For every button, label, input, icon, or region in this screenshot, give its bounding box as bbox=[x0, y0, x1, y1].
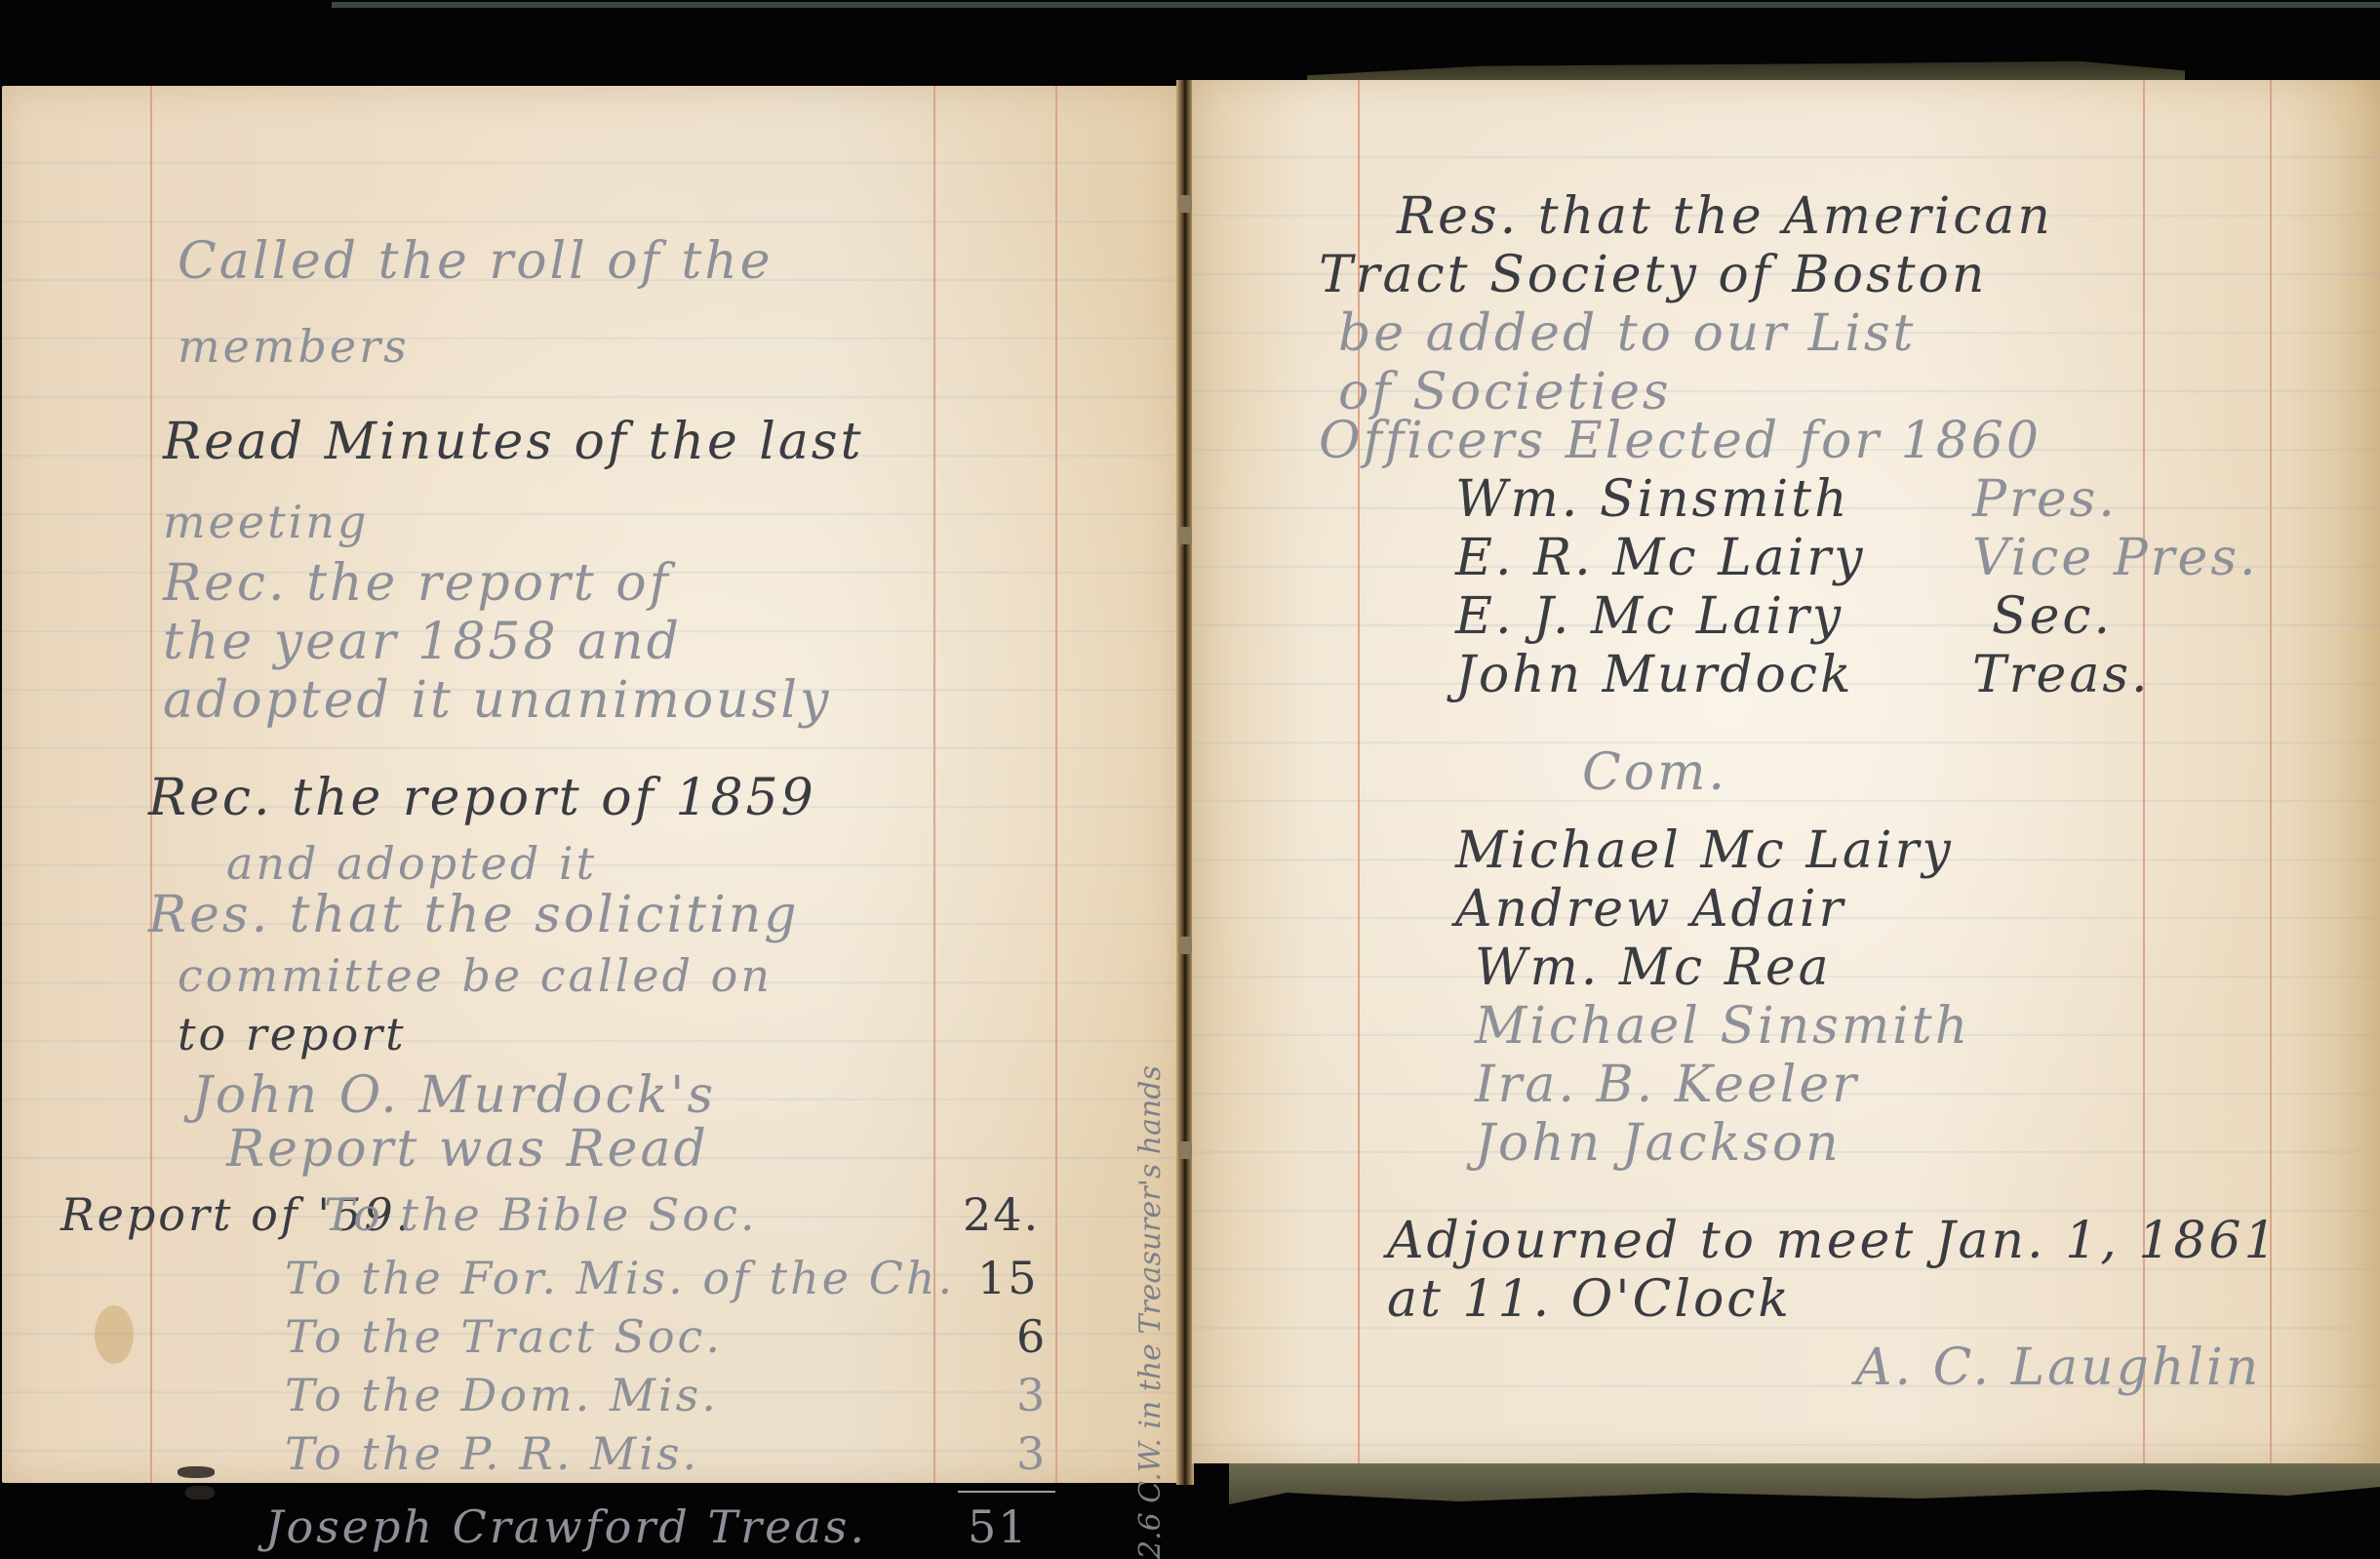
report-entry-text: To the Dom. Mis. bbox=[285, 1369, 719, 1421]
book-cover-top-edge bbox=[1307, 57, 2185, 80]
binding-staple bbox=[1178, 1141, 1192, 1159]
binding-staple bbox=[1178, 937, 1192, 954]
text-line: the year 1858 and bbox=[163, 613, 682, 671]
officer-role: Treas. bbox=[1972, 646, 2151, 704]
binding-staple bbox=[1178, 195, 1192, 213]
text-line: Res. that the American bbox=[1397, 187, 2053, 246]
ink-smudge bbox=[178, 1466, 215, 1478]
officer-name: Wm. Sinsmith bbox=[1455, 470, 1850, 529]
report-entry-text: To the Tract Soc. bbox=[285, 1310, 723, 1363]
text-line: Called the roll of the bbox=[178, 232, 773, 291]
text-line: Read Minutes of the last bbox=[163, 413, 863, 471]
amount-column-line-2 bbox=[1055, 86, 1057, 1483]
text-line: Rec. the report of bbox=[163, 554, 671, 613]
sum-rule bbox=[958, 1491, 1055, 1493]
right-page: Res. that the American Tract Society of … bbox=[1192, 80, 2380, 1463]
officer-name: E. J. Mc Lairy bbox=[1455, 587, 1844, 646]
officer-role: Sec. bbox=[1992, 587, 2113, 646]
committee-member: Michael Sinsmith bbox=[1475, 997, 1970, 1056]
signature: A. C. Laughlin bbox=[1855, 1339, 2261, 1397]
left-page: Called the roll of the members Read Minu… bbox=[2, 86, 1184, 1483]
closing-line: Adjourned to meet Jan. 1, 1861 bbox=[1387, 1212, 2280, 1270]
report-entry-amount: 51 bbox=[968, 1500, 1029, 1553]
text-line: meeting bbox=[163, 496, 369, 548]
report-entry-amount: 3 bbox=[1016, 1427, 1047, 1480]
report-entry-text: Joseph Crawford Treas. bbox=[265, 1500, 867, 1553]
margin-note: 2.6 C.W. in the Treasurer's hands bbox=[1133, 1065, 1168, 1559]
closing-line: at 11. O'Clock bbox=[1387, 1270, 1792, 1329]
committee-heading: Com. bbox=[1582, 743, 1727, 802]
report-entry-amount: 24. bbox=[963, 1188, 1040, 1241]
paper-stain bbox=[95, 1305, 134, 1364]
committee-member: John Jackson bbox=[1475, 1114, 1842, 1173]
binding-staple bbox=[1178, 527, 1192, 544]
text-line: Tract Society of Boston bbox=[1319, 246, 1987, 304]
report-entry-text: To the For. Mis. of the Ch. bbox=[285, 1252, 955, 1304]
scan-top-edge bbox=[332, 2, 2380, 8]
officer-role: Pres. bbox=[1972, 470, 2118, 529]
committee-member: Wm. Mc Rea bbox=[1475, 939, 1832, 997]
report-entry-text: To the P. R. Mis. bbox=[285, 1427, 699, 1480]
text-line: to report bbox=[178, 1008, 407, 1060]
book-cover-bottom-edge bbox=[1229, 1463, 2380, 1522]
report-entry-amount: 6 bbox=[1016, 1310, 1047, 1363]
text-line: adopted it unanimously bbox=[163, 671, 831, 730]
officer-name: John Murdock bbox=[1455, 646, 1853, 704]
report-entry-text: To the Bible Soc. bbox=[324, 1188, 758, 1241]
officer-name: E. R. Mc Lairy bbox=[1455, 529, 1866, 587]
text-line: Report was Read bbox=[226, 1120, 709, 1179]
ink-smudge bbox=[185, 1486, 215, 1499]
text-line: be added to our List bbox=[1338, 304, 1916, 363]
text-line: and adopted it bbox=[226, 837, 597, 890]
report-entry-amount: 15 bbox=[977, 1252, 1039, 1304]
officer-role: Vice Pres. bbox=[1972, 529, 2259, 587]
text-line: Res. that the soliciting bbox=[148, 886, 800, 944]
committee-member: Michael Mc Lairy bbox=[1455, 821, 1954, 880]
committee-member: Andrew Adair bbox=[1455, 880, 1845, 939]
text-line: committee be called on bbox=[178, 949, 773, 1002]
text-line: Officers Elected for 1860 bbox=[1319, 412, 2042, 470]
text-line: John O. Murdock's bbox=[192, 1066, 716, 1125]
text-line: Rec. the report of 1859 bbox=[148, 769, 816, 827]
committee-member: Ira. B. Keeler bbox=[1475, 1056, 1859, 1114]
text-line: members bbox=[178, 320, 410, 373]
report-entry-amount: 3 bbox=[1016, 1369, 1047, 1421]
